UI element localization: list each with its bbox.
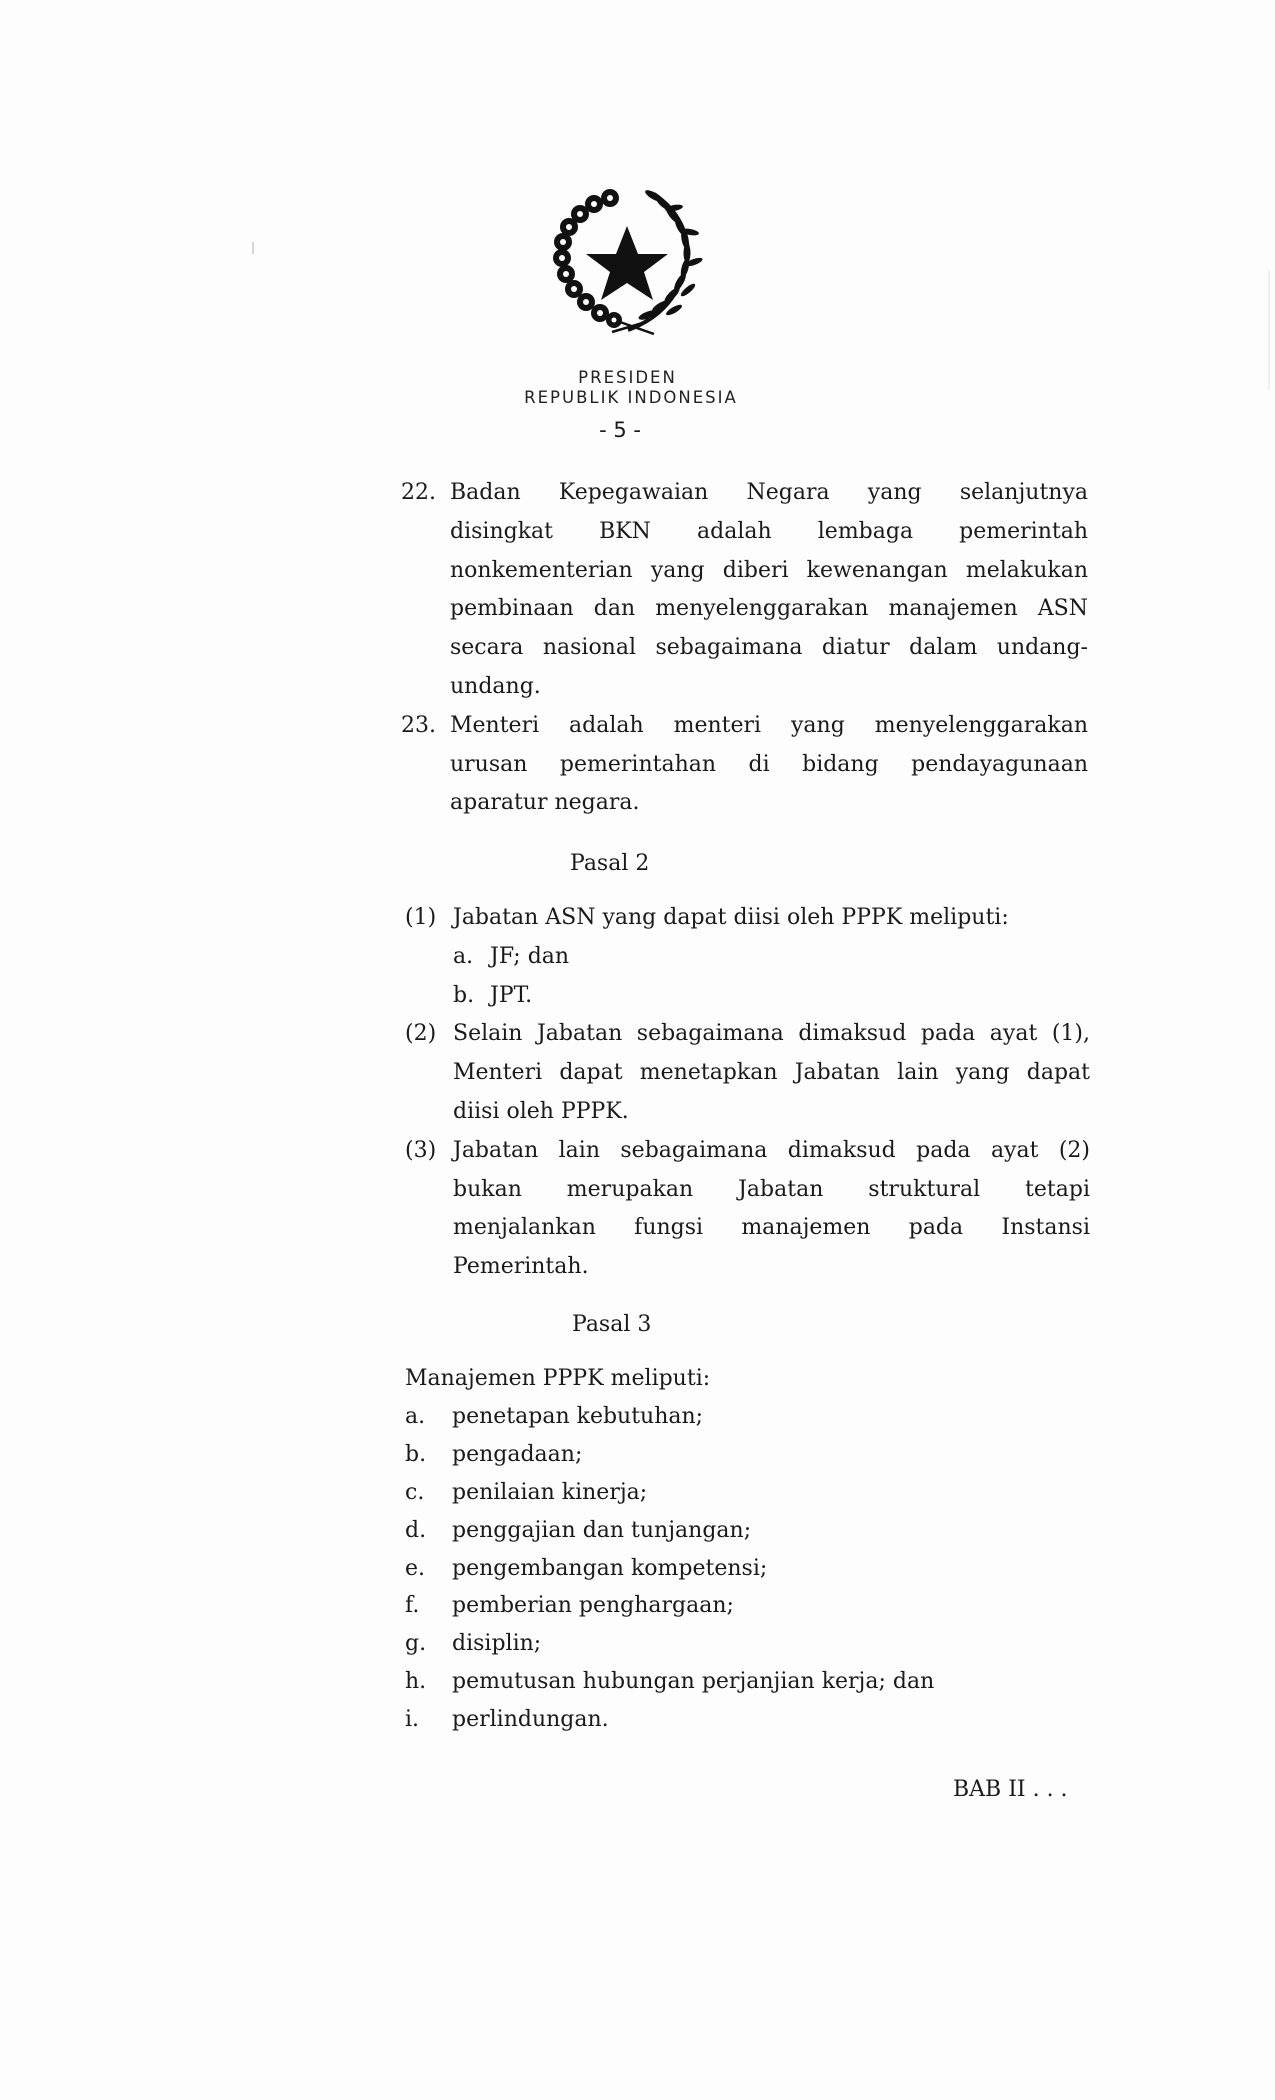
definition-22-line: secara nasional sebagaimana diatur dalam… (450, 628, 1088, 667)
header-title-presiden: PRESIDEN (0, 368, 1255, 387)
definition-23-line: Menteri adalah menteri yang menyelenggar… (450, 706, 1088, 745)
ayat-number: (2) (405, 1014, 436, 1053)
definition-number: 23. (401, 706, 436, 745)
definition-22-line: undang. (450, 667, 541, 706)
list-item-text: pengembangan kompetensi; (452, 1549, 767, 1588)
ayat-line: Menteri dapat menetapkan Jabatan lain ya… (453, 1053, 1090, 1092)
list-item-label: c. (405, 1473, 424, 1512)
list-item-text: penilaian kinerja; (452, 1473, 647, 1512)
ayat-item-text: JF; dan (490, 937, 569, 976)
list-item-label: f. (405, 1586, 419, 1625)
list-item-text: penetapan kebutuhan; (452, 1397, 703, 1436)
list-item-label: h. (405, 1662, 426, 1701)
ayat-line: Jabatan ASN yang dapat diisi oleh PPPK m… (453, 898, 1009, 937)
list-item-label: i. (405, 1700, 419, 1739)
ayat-line: bukan merupakan Jabatan struktural tetap… (453, 1170, 1090, 1209)
list-item-text: pengadaan; (452, 1435, 582, 1474)
pasal-2-title: Pasal 2 (570, 844, 649, 883)
ayat-line: Jabatan lain sebagaimana dimaksud pada a… (453, 1131, 1090, 1170)
list-item-text: penggajian dan tunjangan; (452, 1511, 751, 1550)
ayat-line: diisi oleh PPPK. (453, 1092, 629, 1131)
continuation-marker: BAB II . . . (953, 1770, 1068, 1809)
pasal-3-title: Pasal 3 (572, 1305, 651, 1344)
presidential-emblem-icon (550, 182, 705, 337)
ayat-item-text: JPT. (490, 976, 532, 1015)
list-item-label: e. (405, 1549, 425, 1588)
ayat-item-label: a. (453, 937, 473, 976)
ayat-item-label: b. (453, 976, 474, 1015)
definition-22-line: Badan Kepegawaian Negara yang selanjutny… (450, 473, 1088, 512)
list-item-text: pemutusan hubungan perjanjian kerja; dan (452, 1662, 934, 1701)
definition-number: 22. (401, 473, 436, 512)
list-item-label: a. (405, 1397, 425, 1436)
header-title-republik: REPUBLIK INDONESIA (0, 388, 1262, 407)
list-item-label: d. (405, 1511, 426, 1550)
definition-22-line: nonkementerian yang diberi kewenangan me… (450, 551, 1088, 590)
list-item-text: disiplin; (452, 1624, 541, 1663)
list-item-label: g. (405, 1624, 426, 1663)
scan-artifact (252, 242, 254, 254)
ayat-number: (1) (405, 898, 436, 937)
ayat-line: Pemerintah. (453, 1247, 589, 1286)
ayat-line: menjalankan fungsi manajemen pada Instan… (453, 1208, 1090, 1247)
ayat-number: (3) (405, 1131, 436, 1170)
definition-22-line: disingkat BKN adalah lembaga pemerintah (450, 512, 1088, 551)
definition-23-line: urusan pemerintahan di bidang pendayagun… (450, 745, 1088, 784)
definition-23-line: aparatur negara. (450, 783, 639, 822)
page-number: - 5 - (0, 418, 1240, 442)
definition-22-line: pembinaan dan menyelenggarakan manajemen… (450, 589, 1088, 628)
list-item-text: pemberian penghargaan; (452, 1586, 734, 1625)
list-item-text: perlindungan. (452, 1700, 609, 1739)
ayat-line: Selain Jabatan sebagaimana dimaksud pada… (453, 1014, 1090, 1053)
scan-edge (1268, 270, 1270, 390)
list-item-label: b. (405, 1435, 426, 1474)
pasal-3-intro: Manajemen PPPK meliputi: (405, 1359, 710, 1398)
